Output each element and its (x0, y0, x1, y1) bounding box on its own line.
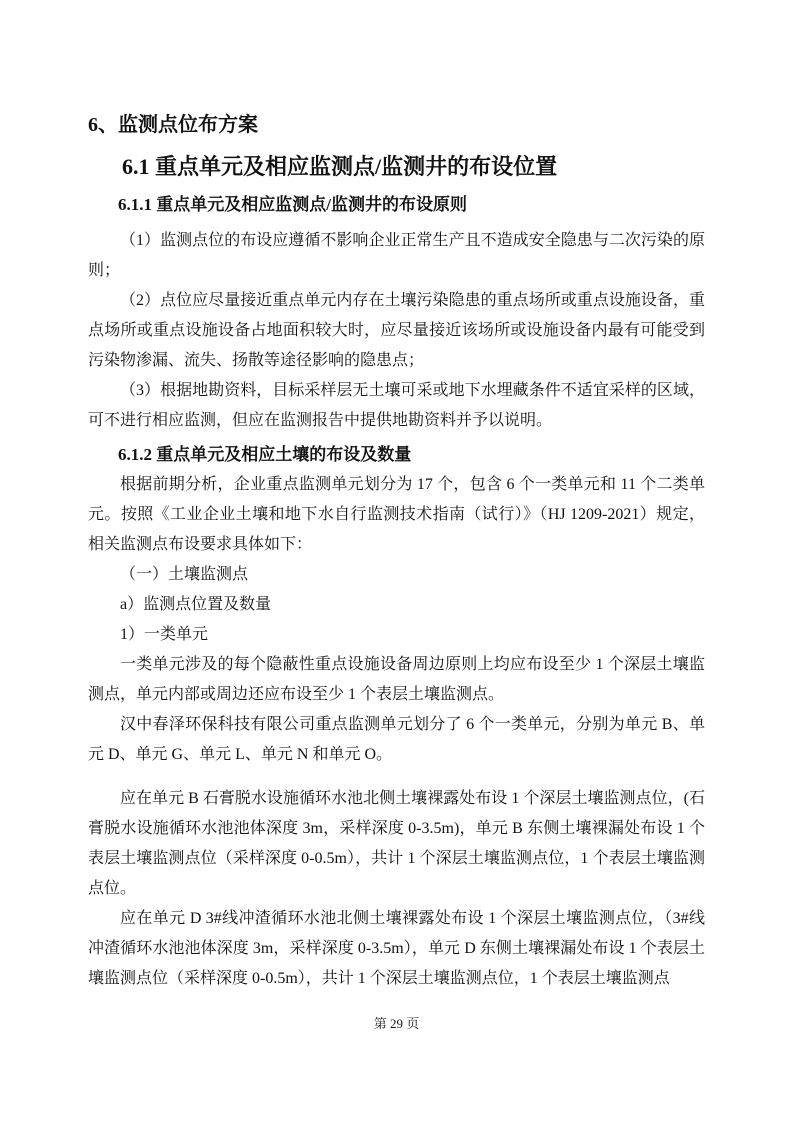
section-heading: 6.1 重点单元及相应监测点/监测井的布设位置 (122, 153, 705, 181)
paragraph-class-one-rule: 一类单元涉及的每个隐蔽性重点设施设备周边原则上均应布设至少 1 个深层土壤监测点… (88, 650, 705, 710)
paragraph-unit-overview: 根据前期分析，企业重点监测单元划分为 17 个，包含 6 个一类单元和 11 个… (88, 470, 705, 560)
paragraph-unit-b: 应在单元 B 石膏脱水设施循环水池北侧土壤裸露处布设 1 个深层土壤监测点位，(… (88, 784, 705, 904)
page-number: 第 29 页 (0, 1014, 793, 1034)
paragraph-principle-1: （1）监测点位的布设应遵循不影响企业正常生产且不造成安全隐患与二次污染的原则； (88, 226, 705, 286)
list-item-location-quantity: a）监测点位置及数量 (88, 590, 705, 620)
paragraph-principle-3: （3）根据地勘资料，目标采样层无土壤可采或地下水埋藏条件不适宜采样的区域，可不进… (88, 376, 705, 436)
paragraph-principle-2: （2）点位应尽量接近重点单元内存在土壤污染隐患的重点场所或重点设施设备，重点场所… (88, 286, 705, 376)
subsection-heading-612: 6.1.2 重点单元及相应土壤的布设及数量 (118, 444, 705, 466)
document-page: 6、监测点位布方案 6.1 重点单元及相应监测点/监测井的布设位置 6.1.1 … (0, 0, 793, 1122)
chapter-heading: 6、监测点位布方案 (88, 112, 705, 138)
subsection-heading-611: 6.1.1 重点单元及相应监测点/监测井的布设原则 (118, 194, 705, 216)
paragraph-company-units: 汉中春泽环保科技有限公司重点监测单元划分了 6 个一类单元，分别为单元 B、单元… (88, 710, 705, 770)
list-item-soil-points: （一）土壤监测点 (88, 560, 705, 590)
paragraph-unit-d: 应在单元 D 3#线冲渣循环水池北侧土壤裸露处布设 1 个深层土壤监测点位，（3… (88, 904, 705, 994)
list-item-class-one-unit: 1）一类单元 (88, 620, 705, 650)
